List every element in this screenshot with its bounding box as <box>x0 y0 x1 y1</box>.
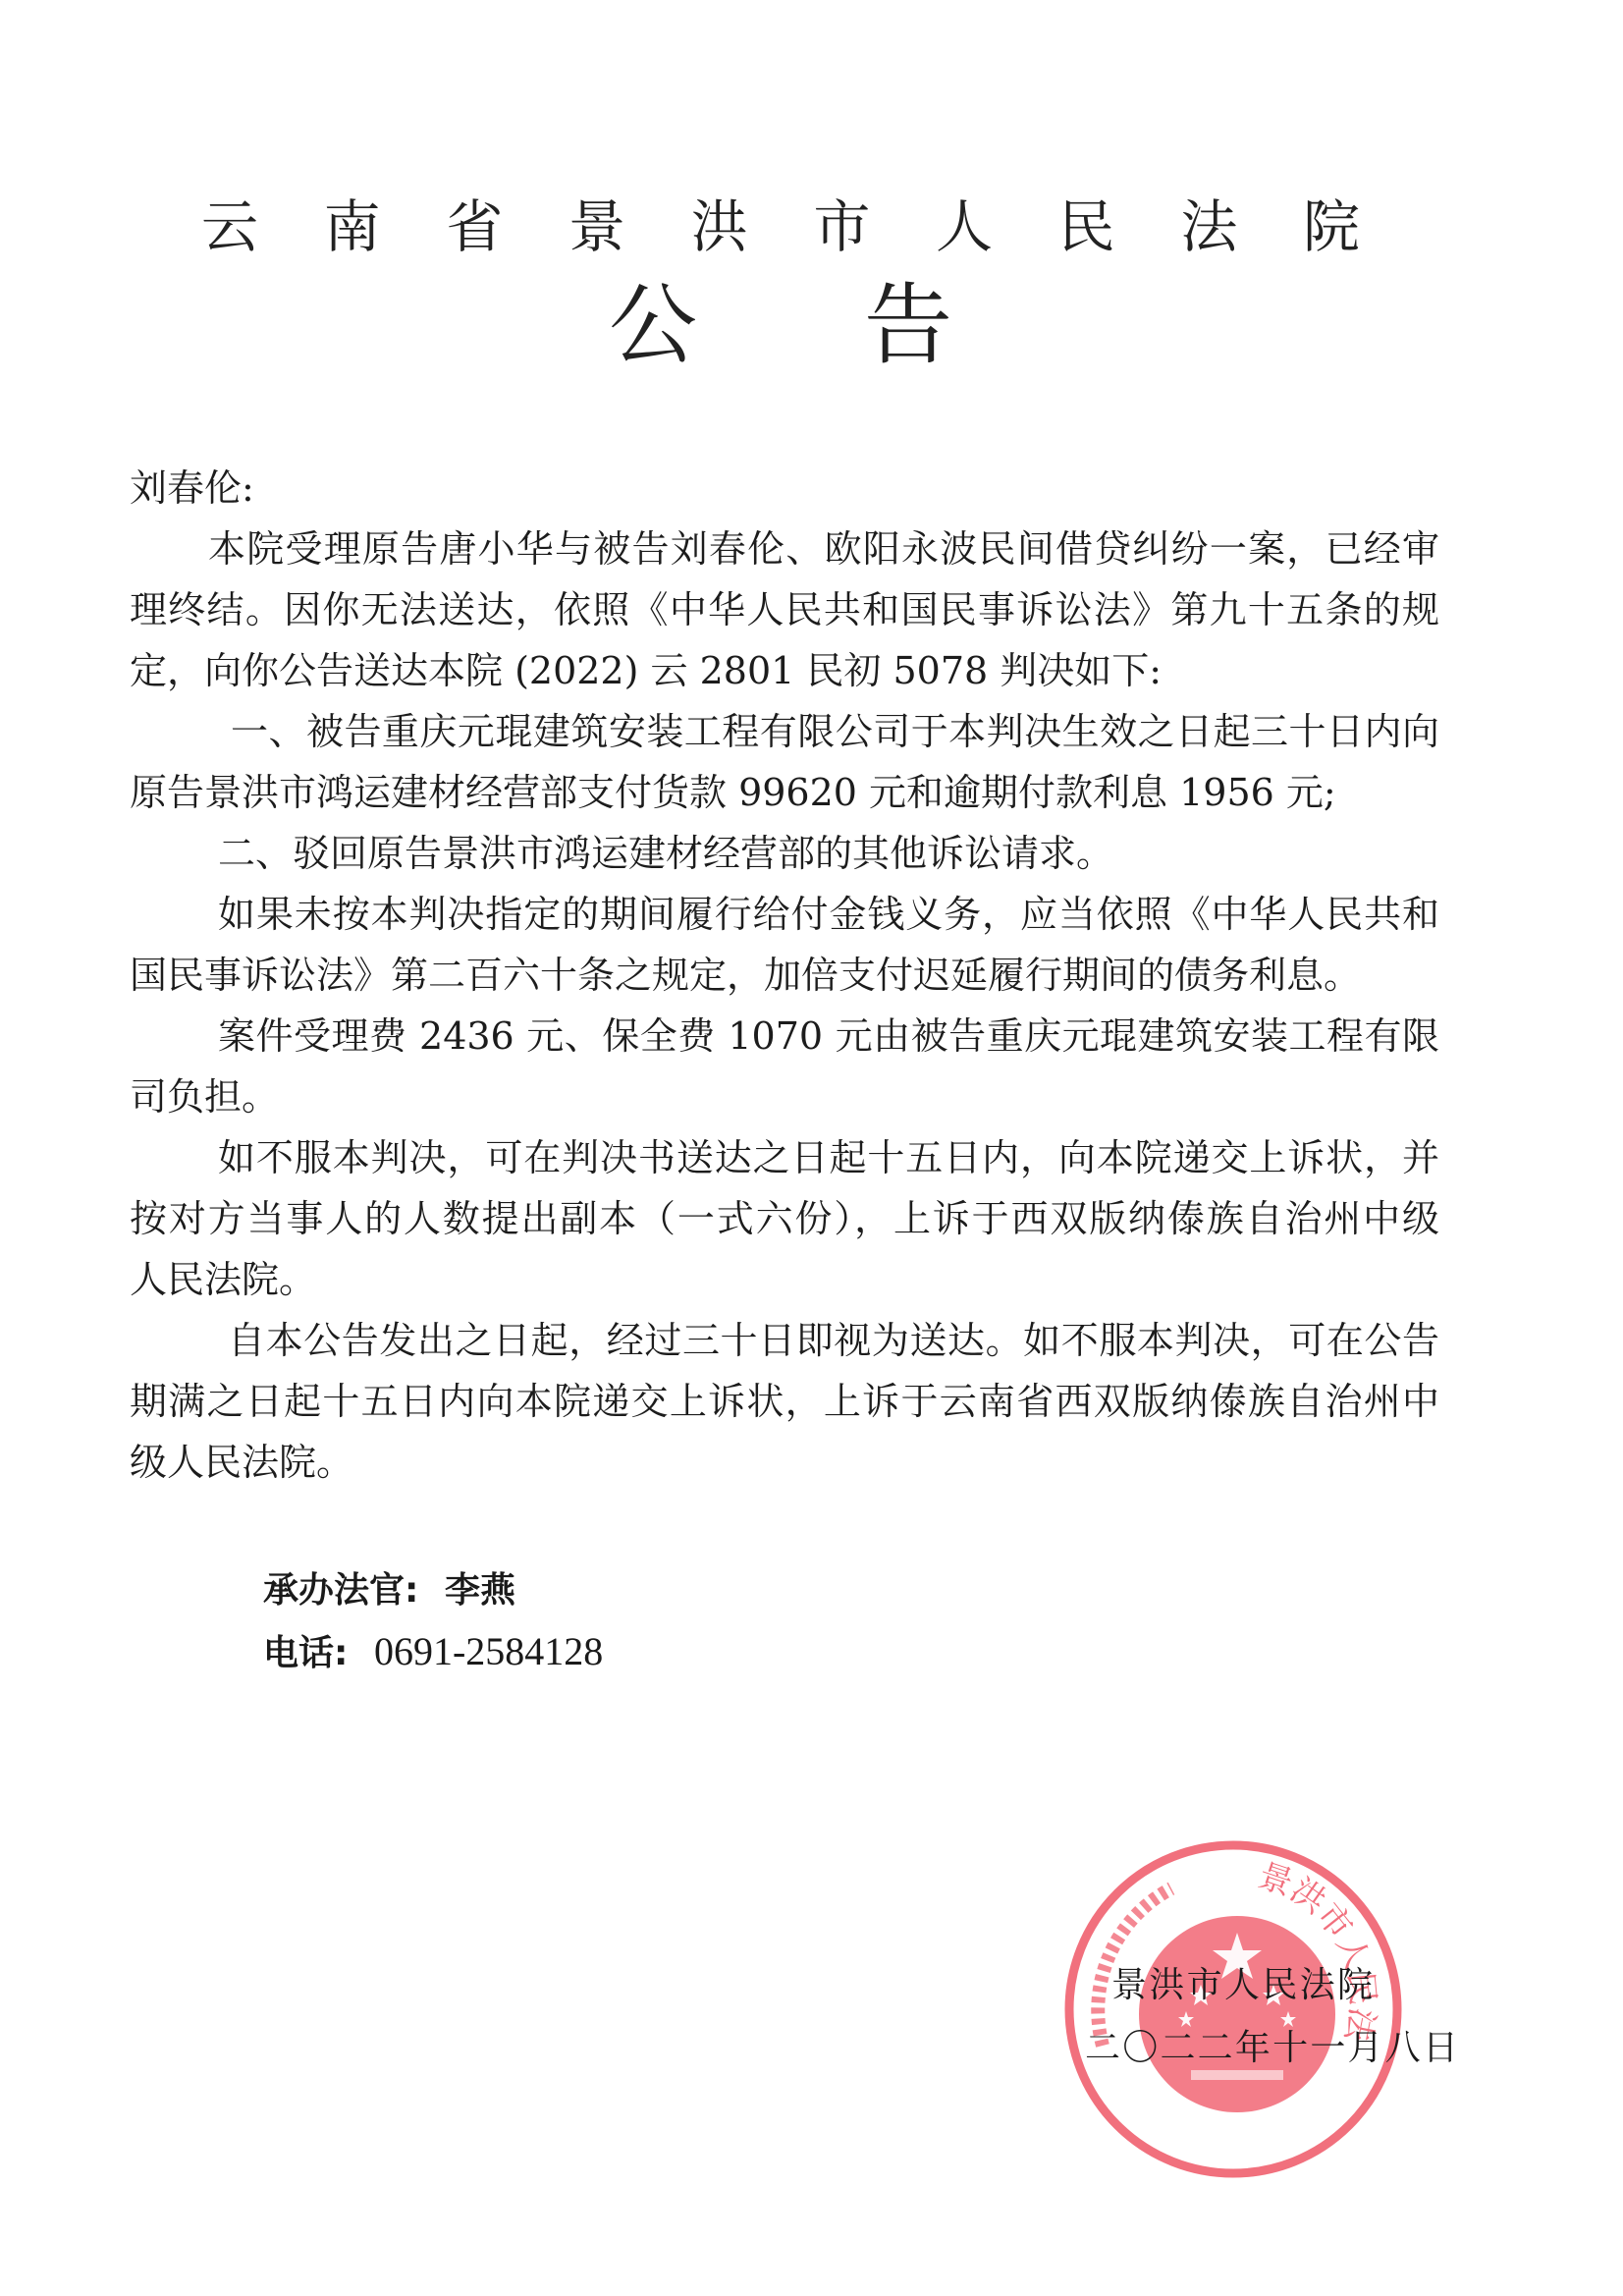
notice-title: 公告 <box>609 277 952 375</box>
body-line: 本院受理原告唐小华与被告刘春伦、欧阳永波民间借贷纠纷一案，已经审 <box>208 524 1439 574</box>
body-line: 司负担。 <box>130 1072 279 1121</box>
body-line: 期满之日起十五日内向本院递交上诉状，上诉于云南省西双版纳傣族自治州中 <box>130 1377 1439 1426</box>
judgment-item-1-cont: 原告景洪市鸿运建材经营部支付货款 99620 元和逾期付款利息 1956 元; <box>130 768 1336 817</box>
phone-number: 0691-2584128 <box>374 1629 603 1673</box>
body-line: 自本公告发出之日起，经过三十日即视为送达。如不服本判决，可在公告 <box>228 1316 1439 1365</box>
signing-court: 景洪市人民法院 <box>1111 1961 1373 2010</box>
addressee: 刘春伦: <box>130 464 254 513</box>
notice-page: 云南省景洪市人民法院 公告 刘春伦: 本院受理原告唐小华与被告刘春伦、欧阳永波民… <box>0 0 1623 2296</box>
body-line: 如不服本判决，可在判决书送达之日起十五日内，向本院递交上诉状，并 <box>218 1133 1439 1182</box>
phone-label: 电话: <box>263 1633 348 1673</box>
phone-line: 电话: 0691-2584128 <box>263 1627 603 1678</box>
body-line: 国民事诉讼法》第二百六十条之规定，加倍支付迟延履行期间的债务利息。 <box>130 951 1361 1000</box>
judgment-item-1: 一、被告重庆元琨建筑安装工程有限公司于本判决生效之日起三十日内向 <box>231 707 1439 756</box>
body-line: 理终结。因你无法送达，依照《中华人民共和国民事诉讼法》第九十五条的规 <box>130 585 1439 634</box>
judge-line: 承办法官: 李燕 <box>263 1566 515 1615</box>
judge-label: 承办法官: <box>263 1570 418 1611</box>
body-line: 案件受理费 2436 元、保全费 1070 元由被告重庆元琨建筑安装工程有限公 <box>218 1011 1439 1061</box>
body-line: 人民法院。 <box>130 1255 316 1304</box>
court-name-title: 云南省景洪市人民法院 <box>201 192 1360 261</box>
body-line: 级人民法院。 <box>130 1438 353 1487</box>
judgment-item-2: 二、驳回原告景洪市鸿运建材经营部的其他诉讼请求。 <box>218 829 1113 878</box>
body-line: 定，向你公告送达本院 (2022) 云 2801 民初 5078 判决如下: <box>130 646 1162 695</box>
judge-name: 李燕 <box>445 1570 515 1611</box>
signing-date: 二〇二二年十一月八日 <box>1085 2024 1458 2073</box>
body-line: 按对方当事人的人数提出副本（一式六份），上诉于西双版纳傣族自治州中级 <box>130 1194 1439 1243</box>
body-line: 如果未按本判决指定的期间履行给付金钱义务，应当依照《中华人民共和 <box>218 890 1439 939</box>
